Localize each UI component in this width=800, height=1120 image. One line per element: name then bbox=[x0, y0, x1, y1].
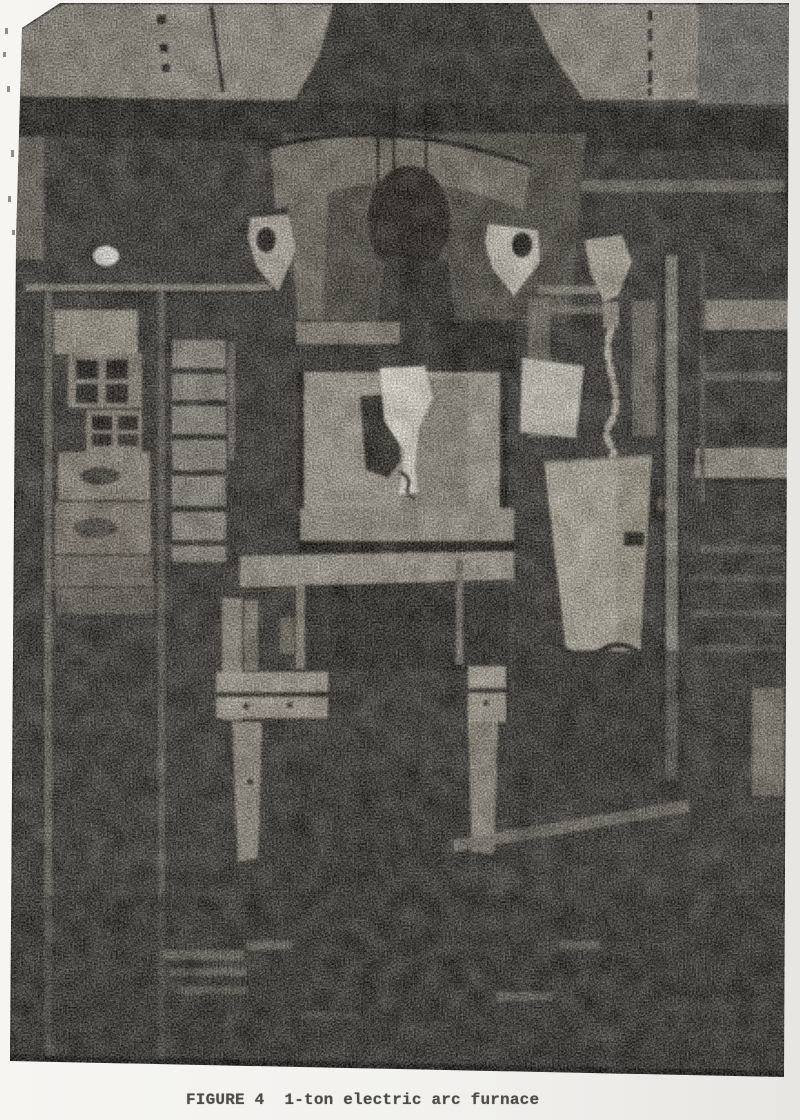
electrode-port bbox=[368, 166, 450, 274]
figure-caption: FIGURE 4 1-ton electric arc furnace bbox=[186, 1092, 539, 1110]
figure-caption-label: FIGURE 4 bbox=[186, 1092, 264, 1110]
bright-spot bbox=[93, 246, 119, 266]
furnace-photo bbox=[0, 0, 800, 1120]
photo-edge-specks bbox=[3, 28, 15, 235]
tilt-cradle bbox=[294, 320, 516, 374]
figure-caption-title: 1-ton electric arc furnace bbox=[284, 1092, 539, 1110]
